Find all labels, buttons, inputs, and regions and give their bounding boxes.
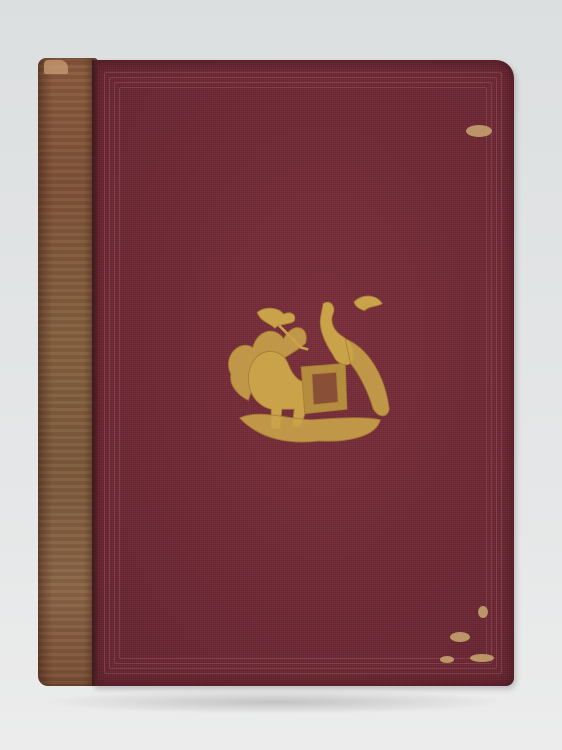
cover-wear-spot <box>478 606 488 618</box>
cover-wear-spot <box>466 125 492 137</box>
cover-wear-spot <box>440 656 454 663</box>
cover-wear-spot <box>450 632 470 642</box>
gilt-vignette-icon <box>212 286 408 462</box>
cover-wear-spot <box>470 654 494 662</box>
cover-hinge <box>92 60 98 686</box>
photo-scene <box>0 0 562 750</box>
book-shadow <box>40 690 510 714</box>
book-spine <box>38 58 98 686</box>
spine-wear <box>44 60 68 74</box>
